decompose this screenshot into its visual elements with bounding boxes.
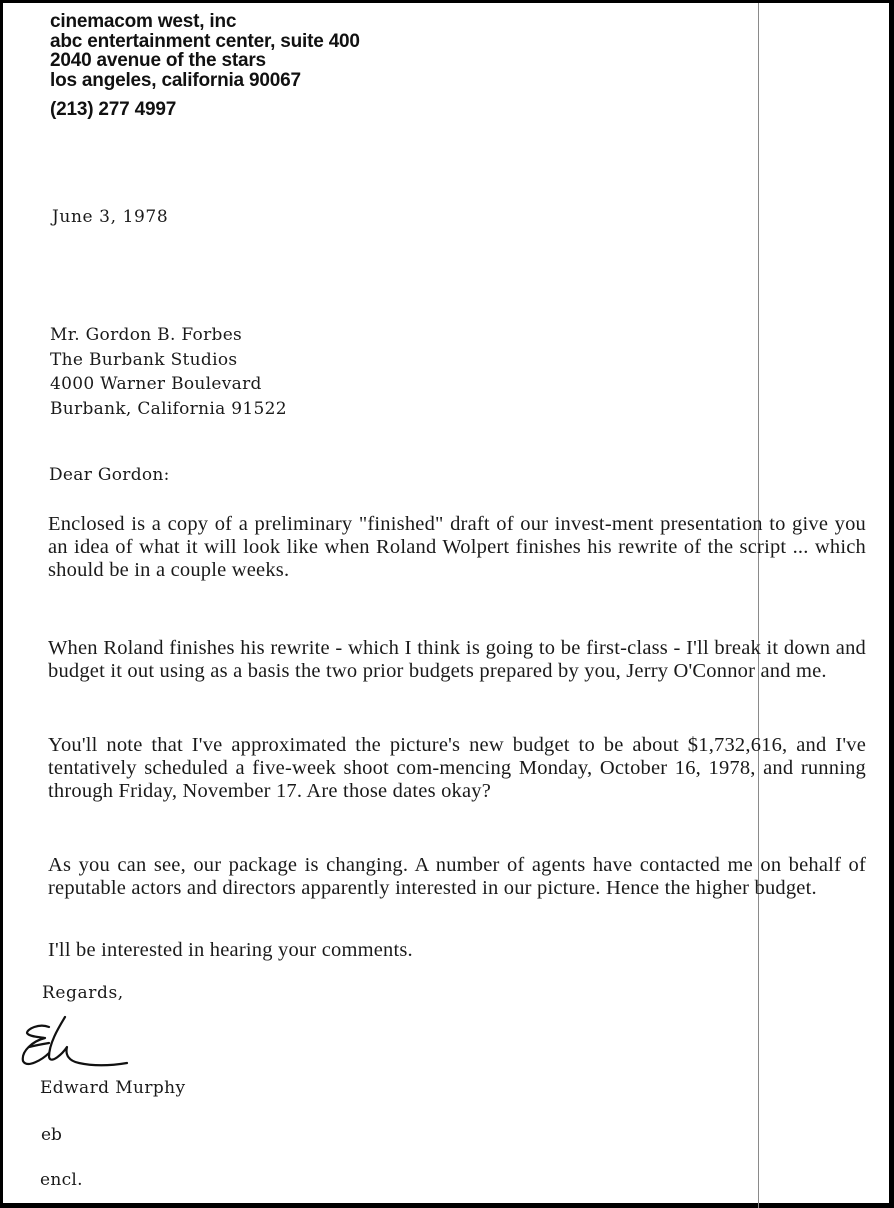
body-paragraph: Enclosed is a copy of a preliminary "fin… <box>48 513 866 582</box>
body-paragraph: You'll note that I've approximated the p… <box>48 734 866 803</box>
body-paragraph: When Roland finishes his rewrite - which… <box>48 637 866 683</box>
body-paragraph: As you can see, our package is changing.… <box>48 854 866 900</box>
company-name: cinemacom west, inc <box>50 12 360 32</box>
letter-page: cinemacom west, inc abc entertainment ce… <box>0 0 894 1208</box>
letterhead-address-line-2: 2040 avenue of the stars <box>50 51 360 71</box>
closing: Regards, <box>42 983 124 1003</box>
salutation: Dear Gordon: <box>49 465 170 485</box>
signer-name: Edward Murphy <box>40 1078 186 1098</box>
enclosure-notation: encl. <box>40 1170 83 1190</box>
handwritten-signature <box>19 1013 134 1073</box>
recipient-organization: The Burbank Studios <box>50 348 287 373</box>
letterhead-address-line-1: abc entertainment center, suite 400 <box>50 32 360 52</box>
recipient-name: Mr. Gordon B. Forbes <box>50 323 287 348</box>
fold-line <box>758 3 759 1208</box>
letterhead: cinemacom west, inc abc entertainment ce… <box>50 12 360 120</box>
recipient-street: 4000 Warner Boulevard <box>50 372 287 397</box>
recipient-address: Mr. Gordon B. Forbes The Burbank Studios… <box>50 323 287 421</box>
letterhead-address-line-3: los angeles, california 90067 <box>50 71 360 91</box>
letterhead-phone: (213) 277 4997 <box>50 100 360 120</box>
recipient-city-state-zip: Burbank, California 91522 <box>50 397 287 422</box>
letter-date: June 3, 1978 <box>52 207 168 227</box>
typist-initials: eb <box>41 1125 62 1145</box>
body-paragraph: I'll be interested in hearing your comme… <box>48 939 866 962</box>
